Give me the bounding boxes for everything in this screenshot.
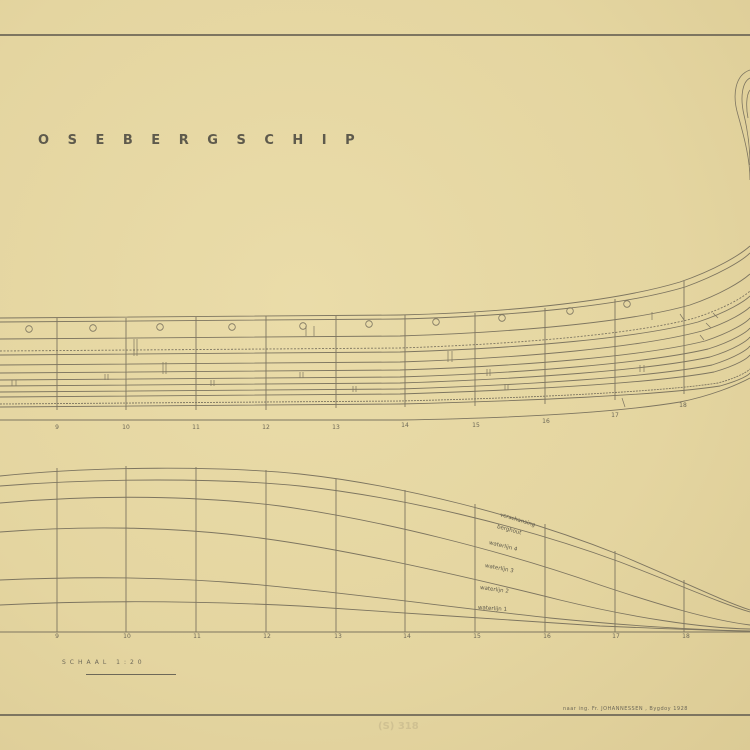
hull-profile bbox=[0, 246, 750, 420]
plan-station-label: 18 bbox=[682, 633, 690, 640]
plan-station-label: 17 bbox=[612, 633, 620, 640]
profile-station-label: 13 bbox=[332, 424, 340, 431]
plan-station-label: 9 bbox=[55, 633, 59, 640]
plan-station-label: 11 bbox=[193, 633, 201, 640]
ship-lines-drawing bbox=[0, 0, 750, 750]
scale-label: SCHAAL 1:20 bbox=[62, 659, 146, 666]
archive-stamp: (S) 318 bbox=[378, 721, 419, 732]
stem-post bbox=[735, 70, 750, 180]
profile-station-label: 18 bbox=[679, 402, 687, 409]
profile-station-label: 15 bbox=[472, 422, 480, 429]
plan-station-label: 12 bbox=[263, 633, 271, 640]
profile-station-label: 11 bbox=[192, 424, 200, 431]
plan-station-label: 16 bbox=[543, 633, 551, 640]
waterline-plan bbox=[0, 466, 750, 632]
plan-station-label: 10 bbox=[123, 633, 131, 640]
profile-station-label: 14 bbox=[401, 422, 409, 429]
credit-line: naar ing. Fr. JOHANNESSEN , Bygdoy 1928 bbox=[563, 706, 688, 712]
plan-station-label: 15 bbox=[473, 633, 481, 640]
profile-station-label: 10 bbox=[122, 424, 130, 431]
profile-station-label: 9 bbox=[55, 424, 59, 431]
profile-station-label: 12 bbox=[262, 424, 270, 431]
profile-station-label: 17 bbox=[611, 412, 619, 419]
plan-station-label: 14 bbox=[403, 633, 411, 640]
plan-station-label: 13 bbox=[334, 633, 342, 640]
profile-station-label: 16 bbox=[542, 418, 550, 425]
scale-underline bbox=[86, 674, 176, 675]
